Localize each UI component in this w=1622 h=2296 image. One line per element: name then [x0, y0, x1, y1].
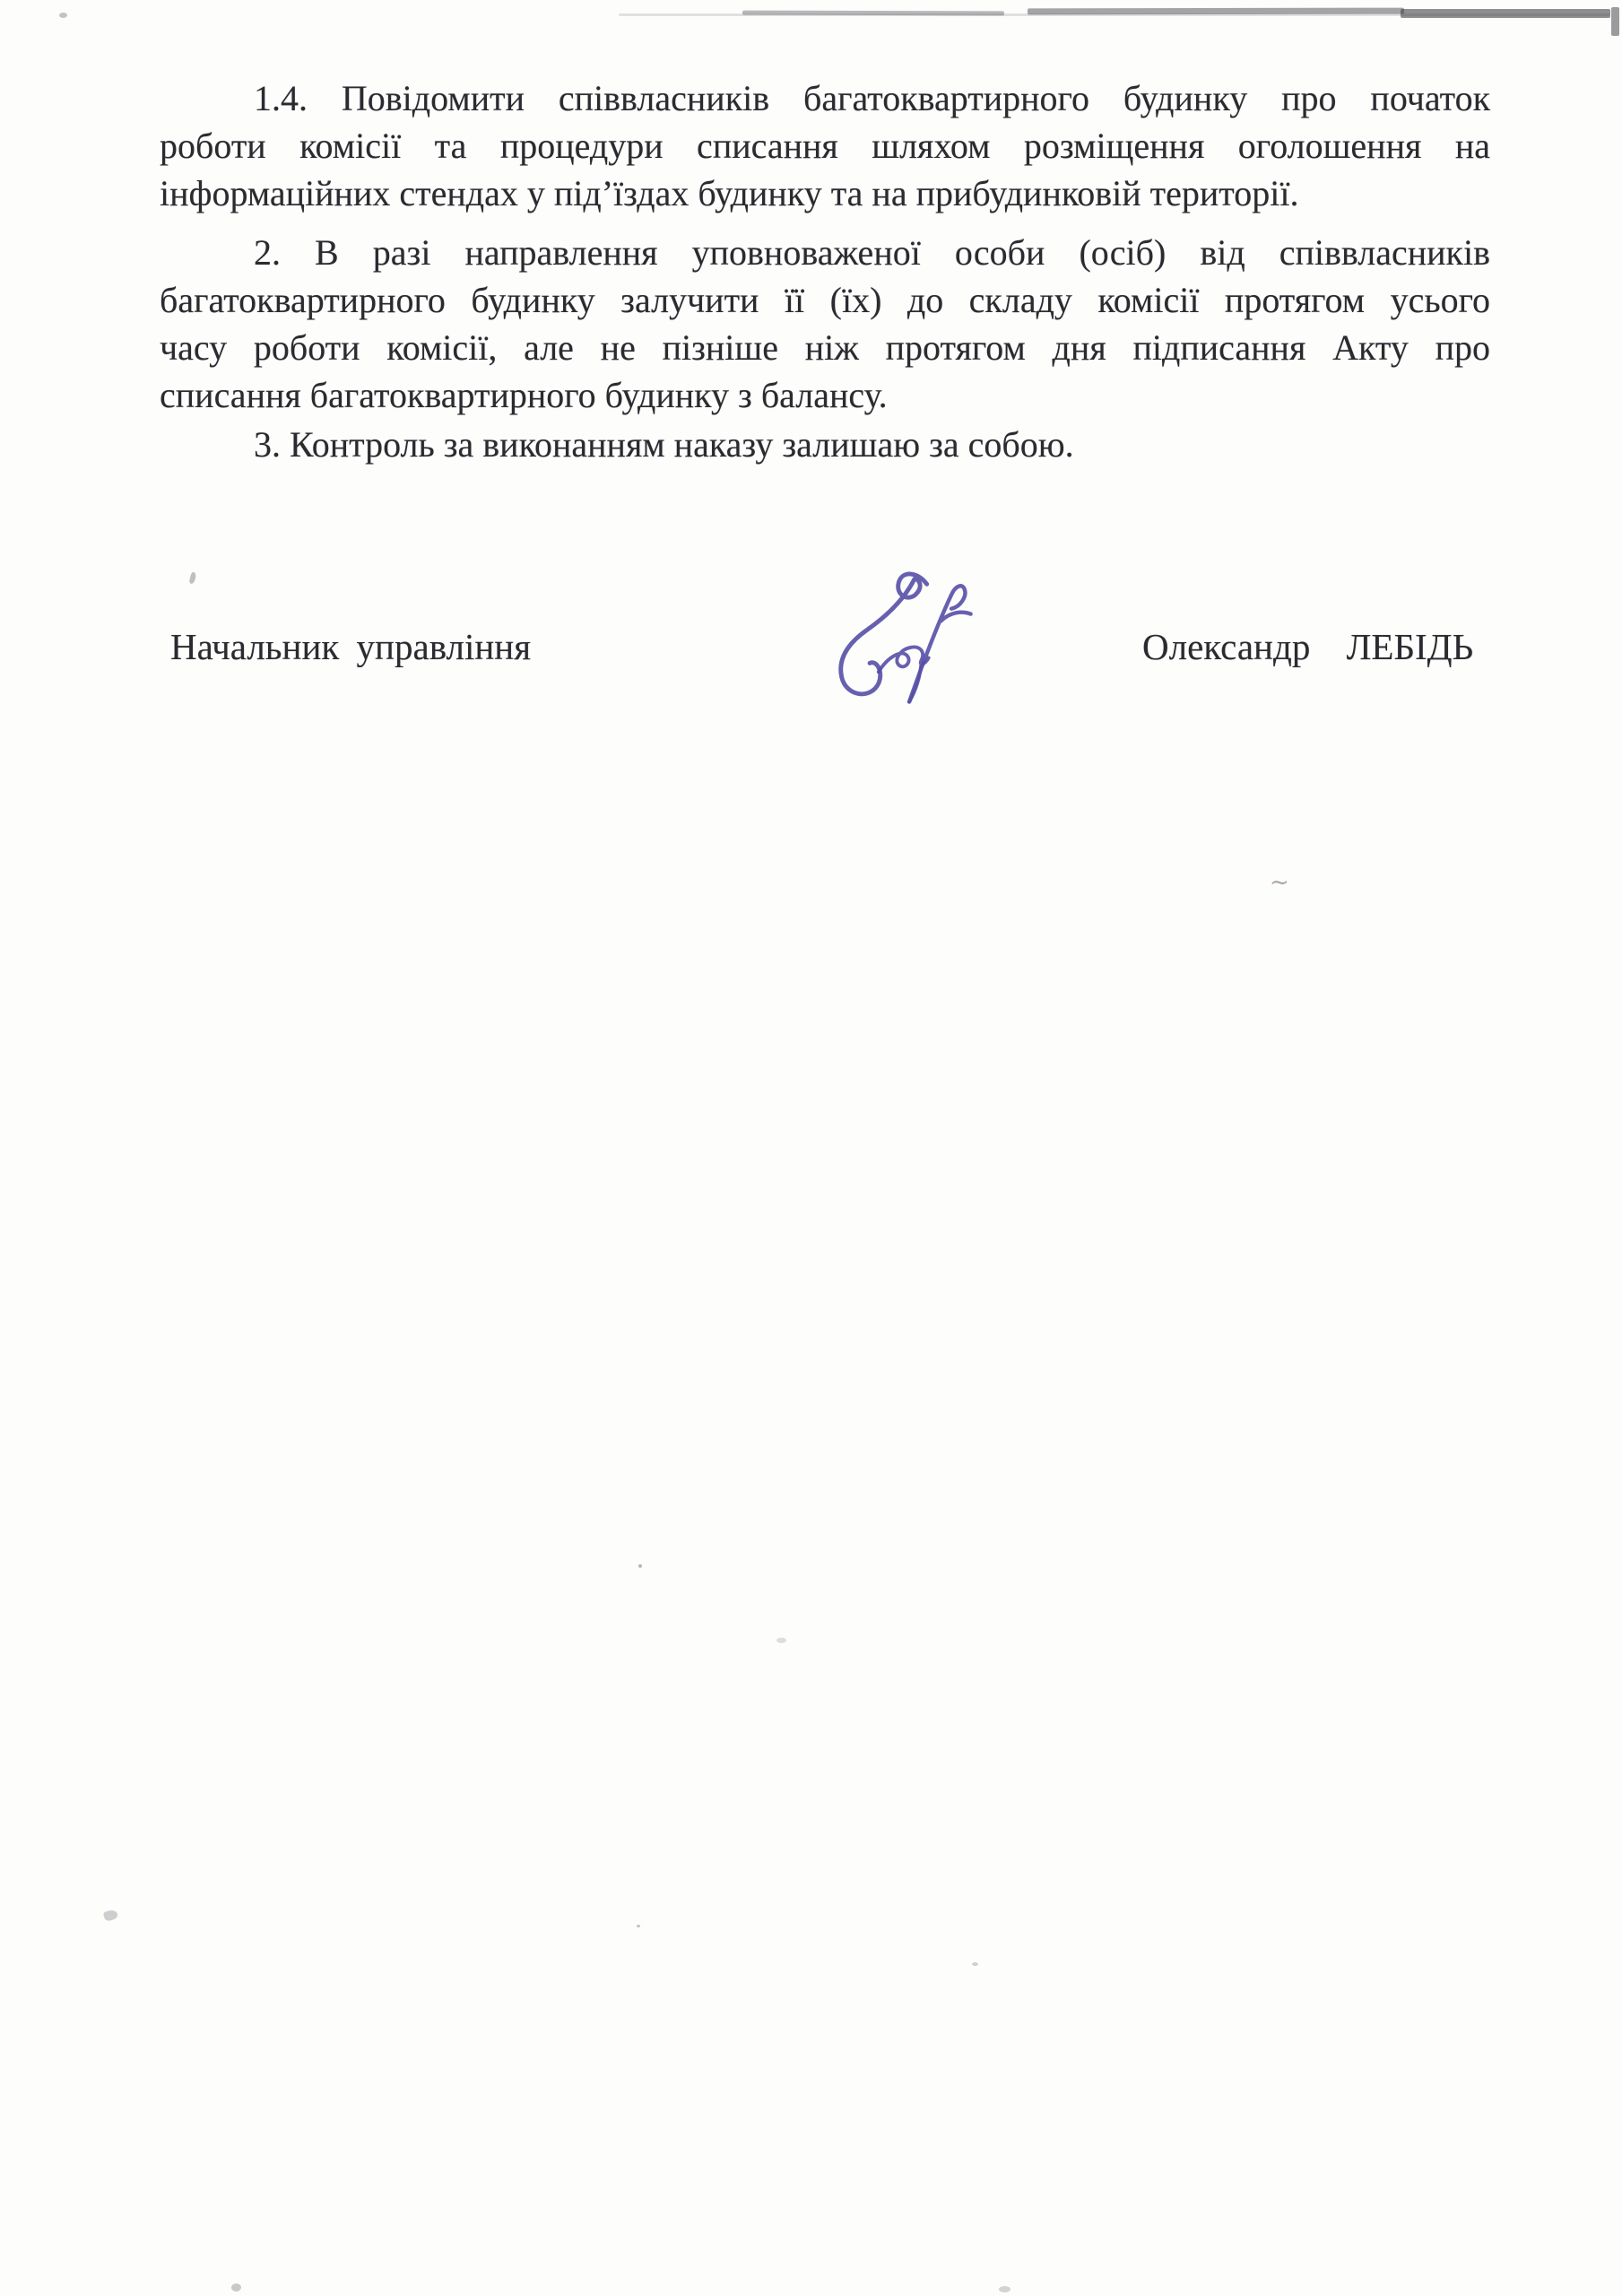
signature-block: Начальник управління Олександр ЛЕБІДЬ — [160, 567, 1490, 719]
scan-noise-speck — [999, 2286, 1010, 2292]
scan-noise-speck — [59, 13, 67, 18]
signatory-position: Начальник управління — [170, 625, 531, 668]
document-body: 1.4. Повідомити співвласників багатоквар… — [160, 74, 1490, 719]
paragraph-3: 3. Контроль за виконанням наказу залишаю… — [160, 421, 1490, 468]
scan-noise-speck — [972, 1962, 978, 1966]
paragraph-1-4: 1.4. Повідомити співвласників багатоквар… — [160, 74, 1490, 217]
scan-noise-squiggle: ~ — [1270, 877, 1297, 888]
scan-edge-artifact — [1401, 9, 1610, 18]
text-line: інформаційних стендах у під’їздах будинк… — [160, 170, 1490, 217]
paragraph-2: 2. В разі направлення уповноваженої особ… — [160, 229, 1490, 419]
handwritten-signature-icon — [830, 567, 997, 710]
scanned-document-page: 1.4. Повідомити співвласників багатоквар… — [0, 0, 1622, 2296]
scan-noise-speck — [637, 1925, 640, 1927]
text-line: 1.4. Повідомити співвласників багатоквар… — [160, 74, 1490, 122]
scan-noise-speck — [231, 2283, 241, 2292]
text-line: часу роботи комісії, але не пізніше ніж … — [160, 324, 1490, 371]
text-line: 3. Контроль за виконанням наказу залишаю… — [160, 421, 1490, 468]
scan-edge-artifact — [1611, 7, 1619, 36]
text-line: роботи комісії та процедури списання шля… — [160, 122, 1490, 170]
scan-noise-speck — [103, 1909, 119, 1922]
scan-edge-artifact — [742, 11, 1004, 16]
text-line: списання багатоквартирного будинку з бал… — [160, 371, 1490, 419]
signatory-name: Олександр ЛЕБІДЬ — [1142, 625, 1473, 668]
text-line: 2. В разі направлення уповноваженої особ… — [160, 229, 1490, 276]
scan-noise-speck — [776, 1638, 786, 1643]
text-line: багатоквартирного будинку залучити її (ї… — [160, 276, 1490, 324]
scan-edge-artifact — [1028, 8, 1404, 15]
scan-noise-speck — [638, 1564, 642, 1568]
